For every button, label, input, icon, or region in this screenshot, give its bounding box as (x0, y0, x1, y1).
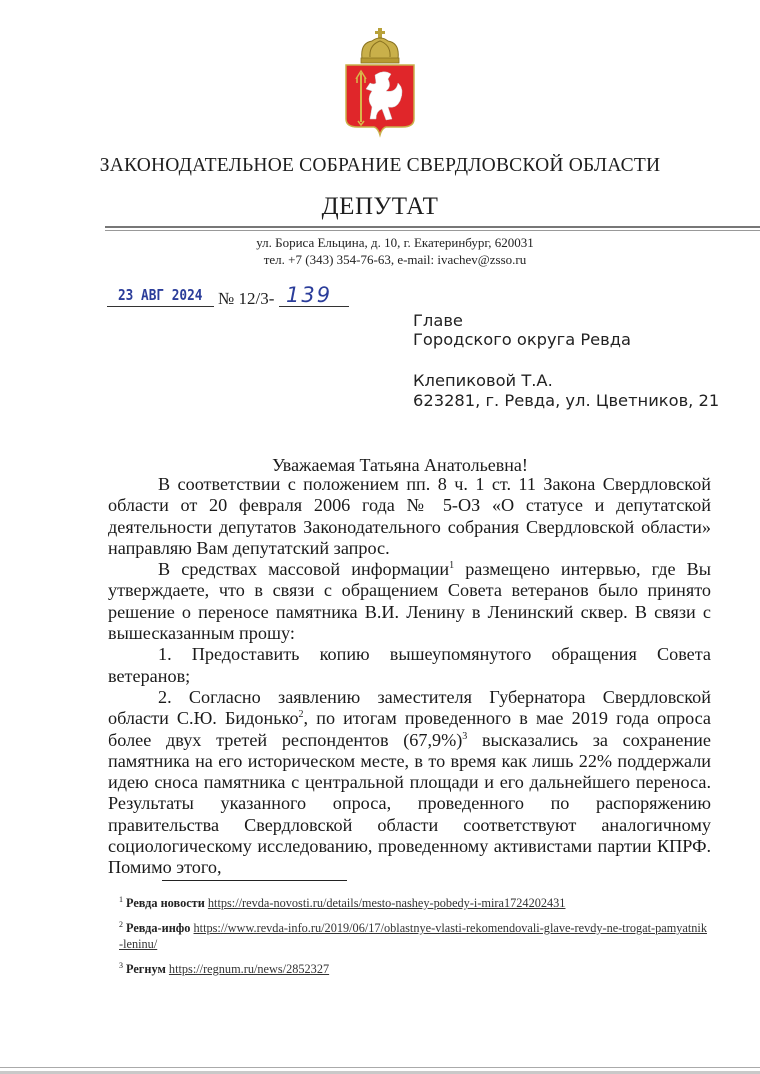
request-item-2-text-end: высказались за сохранение памятника на е… (108, 730, 711, 878)
footnote-3: 3Регнум https://regnum.ru/news/2852327 (119, 958, 709, 977)
footnote-link[interactable]: https://www.revda-info.ru/2019/06/17/obl… (119, 921, 707, 951)
date-underline (107, 306, 214, 307)
recipient-organization: Городского округа Ревда (413, 330, 631, 349)
footnote-link[interactable]: https://regnum.ru/news/2852327 (169, 962, 329, 976)
footnote-source: Ревда-инфо (126, 921, 190, 935)
footnote-source: Ревда новости (126, 896, 205, 910)
paragraph-2: В средствах массовой информации1 размеще… (108, 559, 711, 644)
footnote-1: 1Ревда новости https://revda-novosti.ru/… (119, 892, 709, 911)
header-divider-secondary (105, 230, 760, 231)
registration-number-prefix: № 12/3- (218, 289, 274, 309)
request-item-1: 1. Предоставить копию вышеупомянутого об… (108, 644, 711, 687)
letter-page: ЗАКОНОДАТЕЛЬНОЕ СОБРАНИЕ СВЕРДЛОВСКОЙ ОБ… (0, 0, 760, 1074)
document-title: ДЕПУТАТ (0, 193, 760, 221)
coat-of-arms-icon (342, 27, 418, 139)
request-item-2: 2. Согласно заявлению заместителя Губерн… (108, 687, 711, 879)
paragraph-2-text: В средствах массовой информации (158, 559, 449, 579)
registration-underline (279, 306, 349, 307)
recipient-name: Клепиковой Т.А. (413, 371, 553, 390)
recipient-position: Главе (413, 311, 463, 330)
recipient-address: 623281, г. Ревда, ул. Цветников, 21 (413, 391, 719, 410)
page-bottom-edge (0, 1067, 760, 1068)
footnotes: 1Ревда новости https://revda-novosti.ru/… (119, 892, 709, 983)
letter-body: В соответствии с положением пп. 8 ч. 1 с… (108, 474, 711, 879)
greeting: Уважаемая Татьяна Анатольевна! (0, 455, 760, 476)
footnote-divider (162, 880, 347, 881)
organization-name: ЗАКОНОДАТЕЛЬНОЕ СОБРАНИЕ СВЕРДЛОВСКОЙ ОБ… (0, 155, 760, 177)
footnote-number: 2 (119, 920, 123, 929)
paragraph-1: В соответствии с положением пп. 8 ч. 1 с… (108, 474, 711, 559)
header-divider (105, 226, 760, 228)
footnote-2: 2Ревда-инфо https://www.revda-info.ru/20… (119, 917, 709, 952)
sender-address: ул. Бориса Ельцина, д. 10, г. Екатеринбу… (0, 235, 760, 251)
footnote-link[interactable]: https://revda-novosti.ru/details/mesto-n… (208, 896, 566, 910)
date-stamp: 23 АВГ 2024 (118, 286, 202, 304)
sender-contacts: тел. +7 (343) 354-76-63, e-mail: ivachev… (0, 252, 760, 268)
footnote-number: 3 (119, 961, 123, 970)
registration-number-handwritten: 139 (286, 283, 332, 307)
footnote-source: Регнум (126, 962, 166, 976)
footnote-number: 1 (119, 895, 123, 904)
